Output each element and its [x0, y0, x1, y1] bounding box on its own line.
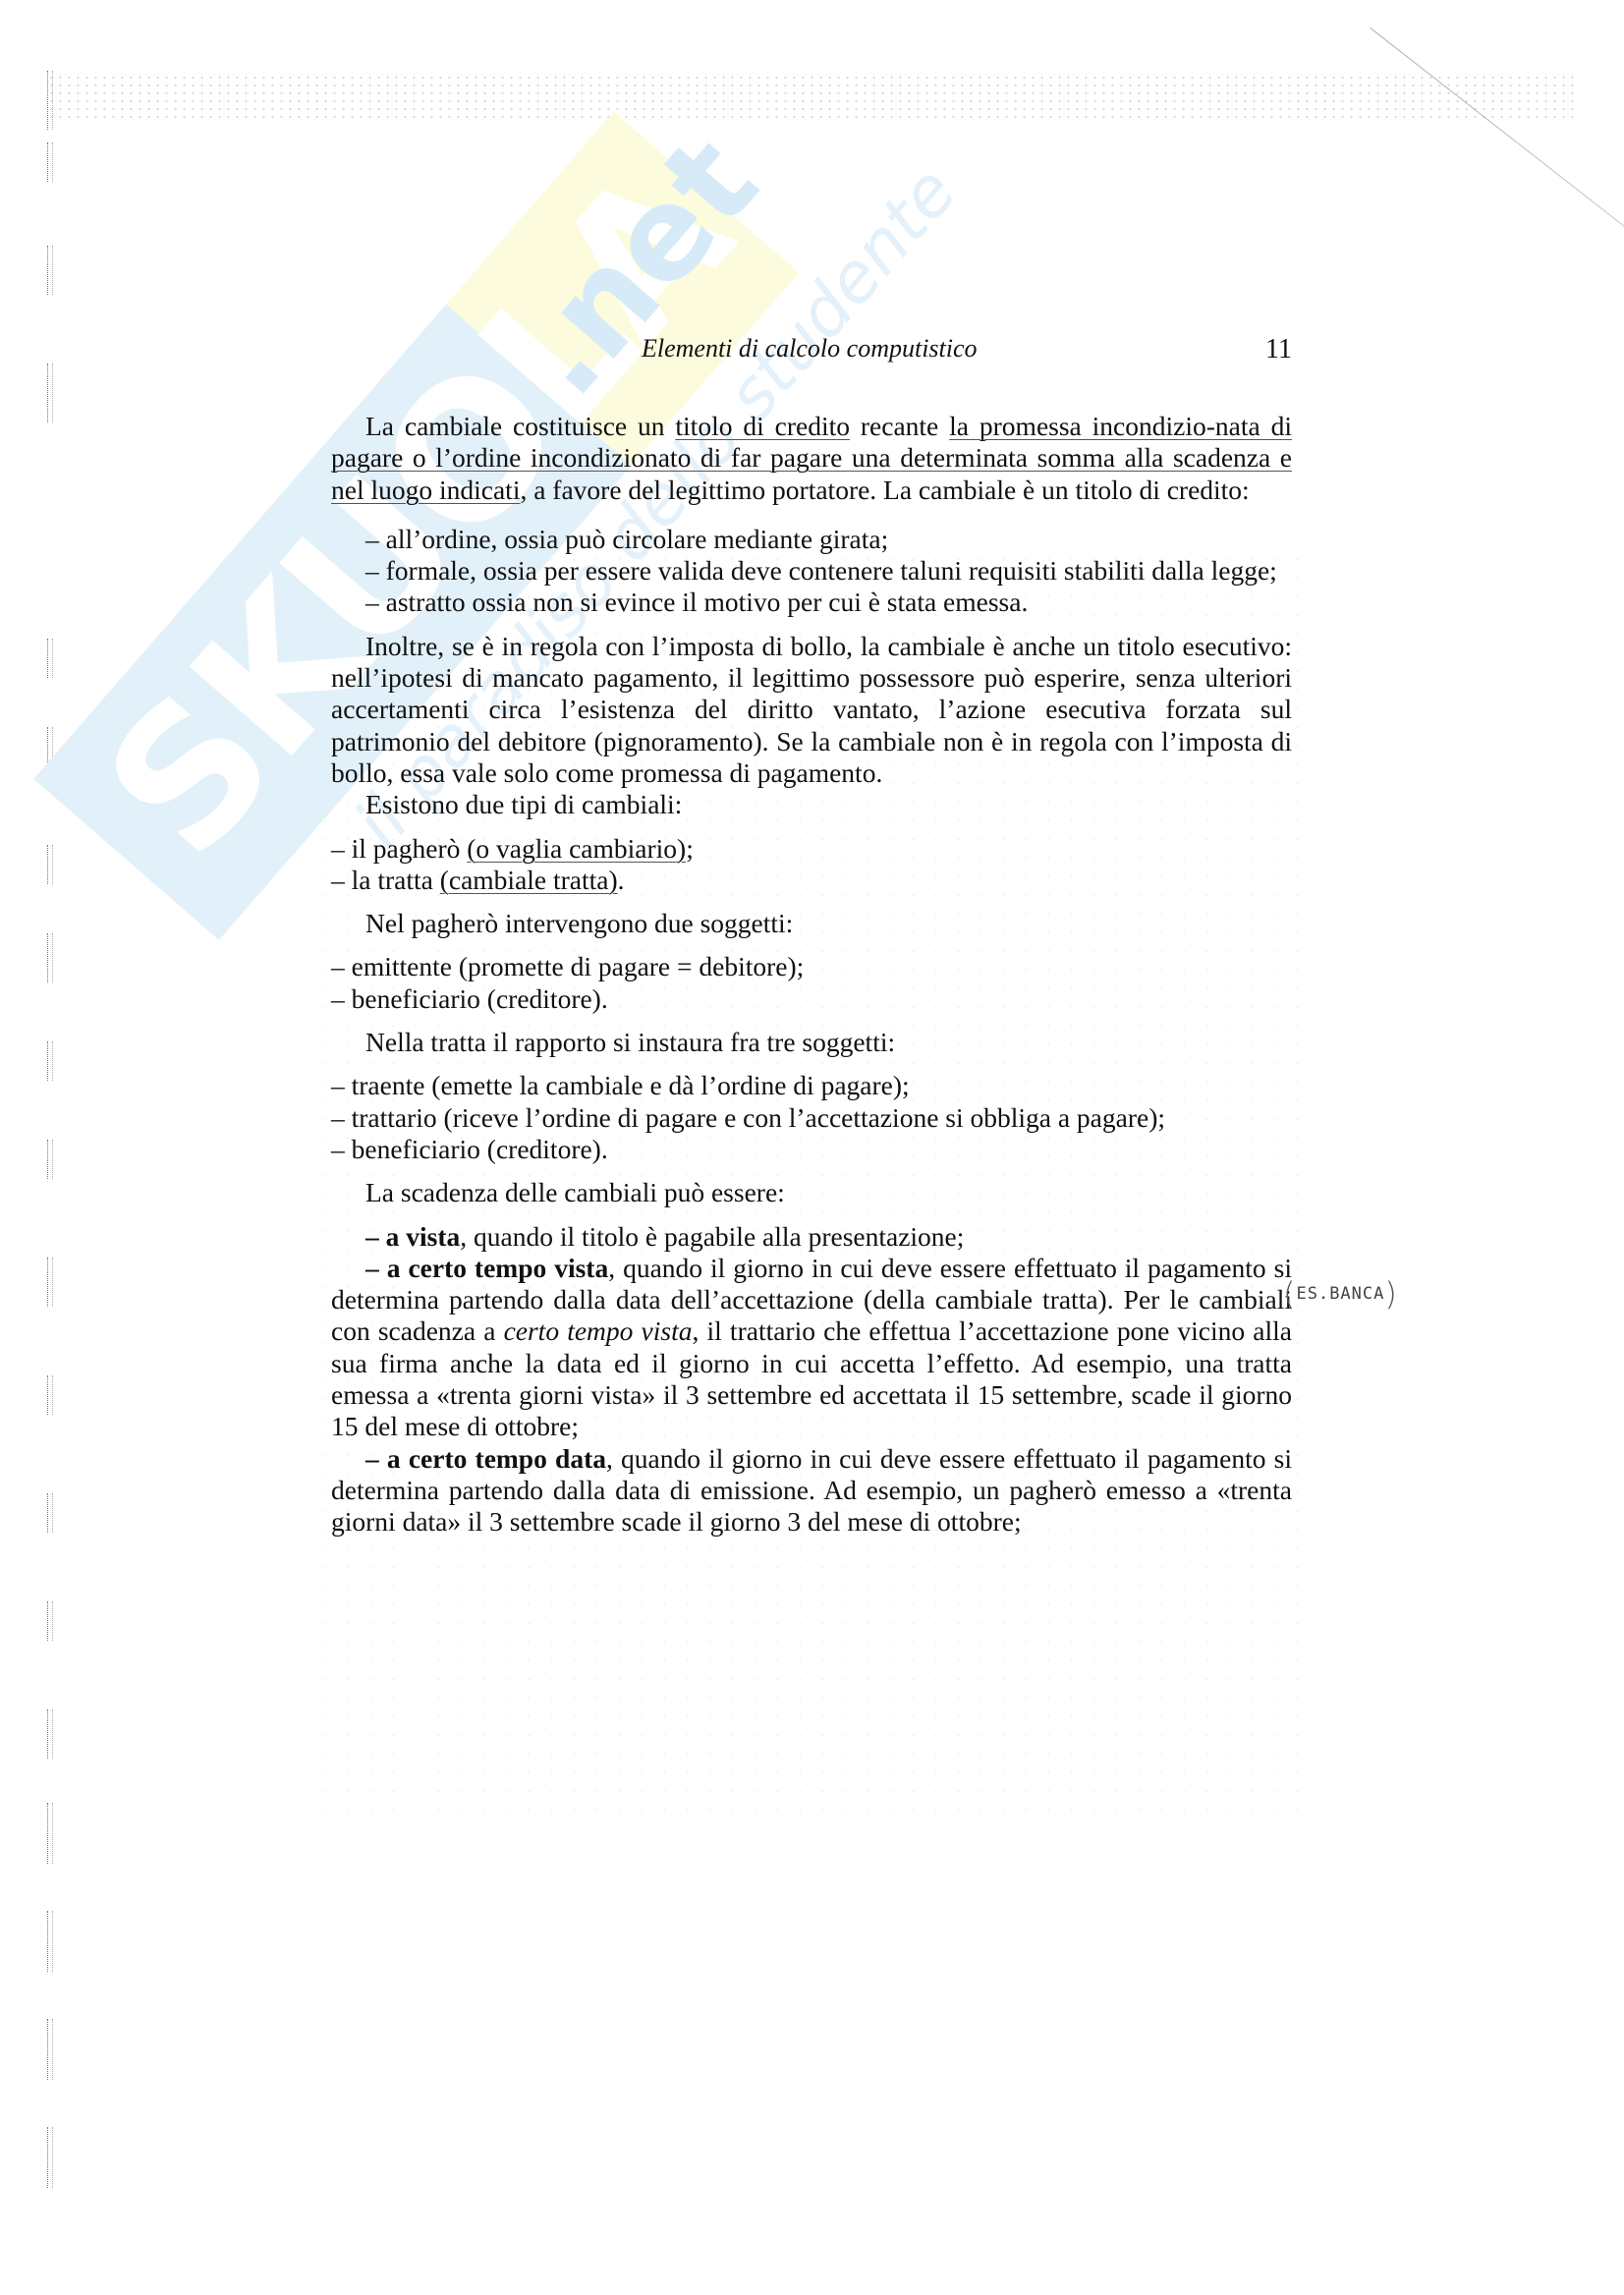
- paragraph-maturity-intro: La scadenza delle cambiali può essere:: [331, 1177, 1292, 1208]
- scan-margin-mark: [47, 1911, 53, 1972]
- underlined-text: (cambiale tratta): [440, 865, 618, 895]
- scan-margin-mark: [47, 2127, 53, 2188]
- list-item: – la tratta (cambiale tratta).: [331, 865, 1292, 896]
- list-item: – traente (emette la cambiale e dà l’ord…: [331, 1070, 1292, 1101]
- running-title: Elementi di calcolo computistico: [642, 334, 978, 364]
- term: – a certo tempo data: [365, 1443, 606, 1474]
- scan-margin-mark: [47, 246, 53, 295]
- list-item: – a certo tempo vista, quando il giorno …: [331, 1253, 1292, 1443]
- term: – a vista: [365, 1221, 460, 1252]
- text: recante: [850, 411, 949, 441]
- term: – a certo tempo vista: [365, 1253, 608, 1283]
- scan-margin-mark: [47, 142, 53, 182]
- scan-margin-mark: [47, 1375, 53, 1415]
- list-item: – formale, ossia per essere valida deve …: [331, 555, 1292, 587]
- list-item: – a vista, quando il titolo è pagabile a…: [331, 1221, 1292, 1253]
- paragraph-paghero-parties: Nel pagherò intervengono due soggetti:: [331, 908, 1292, 939]
- underlined-text: (o vaglia cambiario): [467, 833, 686, 864]
- scan-margin-mark: [47, 933, 53, 982]
- page-body: La cambiale costituisce un titolo di cre…: [331, 411, 1292, 1539]
- scan-margin-mark: [47, 1041, 53, 1081]
- list-item: – beneficiario (creditore).: [331, 1134, 1292, 1165]
- scan-margin-mark: [47, 1140, 53, 1179]
- scan-margin-mark: [47, 639, 53, 678]
- list-item: – emittente (promette di pagare = debito…: [331, 951, 1292, 982]
- list-item: – a certo tempo data, quando il giorno i…: [331, 1443, 1292, 1539]
- handwritten-annotation: (ES.BANCA): [1283, 1275, 1398, 1313]
- list-item: – astratto ossia non si evince il motivo…: [331, 587, 1292, 618]
- text: , quando il titolo è pagabile alla prese…: [460, 1221, 964, 1252]
- text: La cambiale costituisce un: [365, 411, 675, 441]
- paragraph-tratta-parties: Nella tratta il rapporto si instaura fra…: [331, 1027, 1292, 1058]
- paragraph-definition: La cambiale costituisce un titolo di cre…: [331, 411, 1292, 506]
- scan-margin-mark: [47, 1258, 53, 1307]
- underlined-text: titolo di credito: [675, 411, 850, 441]
- paren-open: (: [1283, 1275, 1296, 1313]
- scan-noise-top-band: [47, 74, 1575, 121]
- list-item: – beneficiario (creditore).: [331, 983, 1292, 1015]
- scan-margin-mark: [47, 1493, 53, 1533]
- scan-diagonal-line: [1370, 28, 1624, 228]
- italic-term: certo tempo vista: [504, 1315, 693, 1346]
- watermark-tld: .net: [482, 106, 789, 426]
- text: ;: [686, 833, 694, 864]
- scan-margin-mark: [47, 2019, 53, 2080]
- scan-margin-mark: [47, 364, 53, 422]
- text: – il pagherò: [331, 833, 467, 864]
- text: , a favore del legittimo portatore. La c…: [520, 475, 1249, 505]
- text: .: [618, 865, 625, 895]
- annotation-text: ES.BANCA: [1296, 1284, 1384, 1304]
- page-number: 11: [1265, 334, 1292, 365]
- paren-close: ): [1384, 1275, 1397, 1313]
- paragraph-types-intro: Esistono due tipi di cambiali:: [331, 789, 1292, 820]
- scan-margin-mark: [47, 1803, 53, 1864]
- scan-margin-mark: [47, 71, 53, 130]
- scan-margin-mark: [47, 1601, 53, 1641]
- scan-margin-mark: [47, 727, 53, 766]
- scan-margin-mark: [47, 1709, 53, 1759]
- text: – la tratta: [331, 865, 440, 895]
- paragraph-executive-title: Inoltre, se è in regola con l’imposta di…: [331, 631, 1292, 789]
- list-item: – il pagherò (o vaglia cambiario);: [331, 833, 1292, 865]
- running-header: Elementi di calcolo computistico 11: [642, 334, 1292, 369]
- list-item: – all’ordine, ossia può circolare median…: [331, 524, 1292, 555]
- list-item: – trattario (riceve l’ordine di pagare e…: [331, 1102, 1292, 1134]
- scan-margin-mark: [47, 845, 53, 884]
